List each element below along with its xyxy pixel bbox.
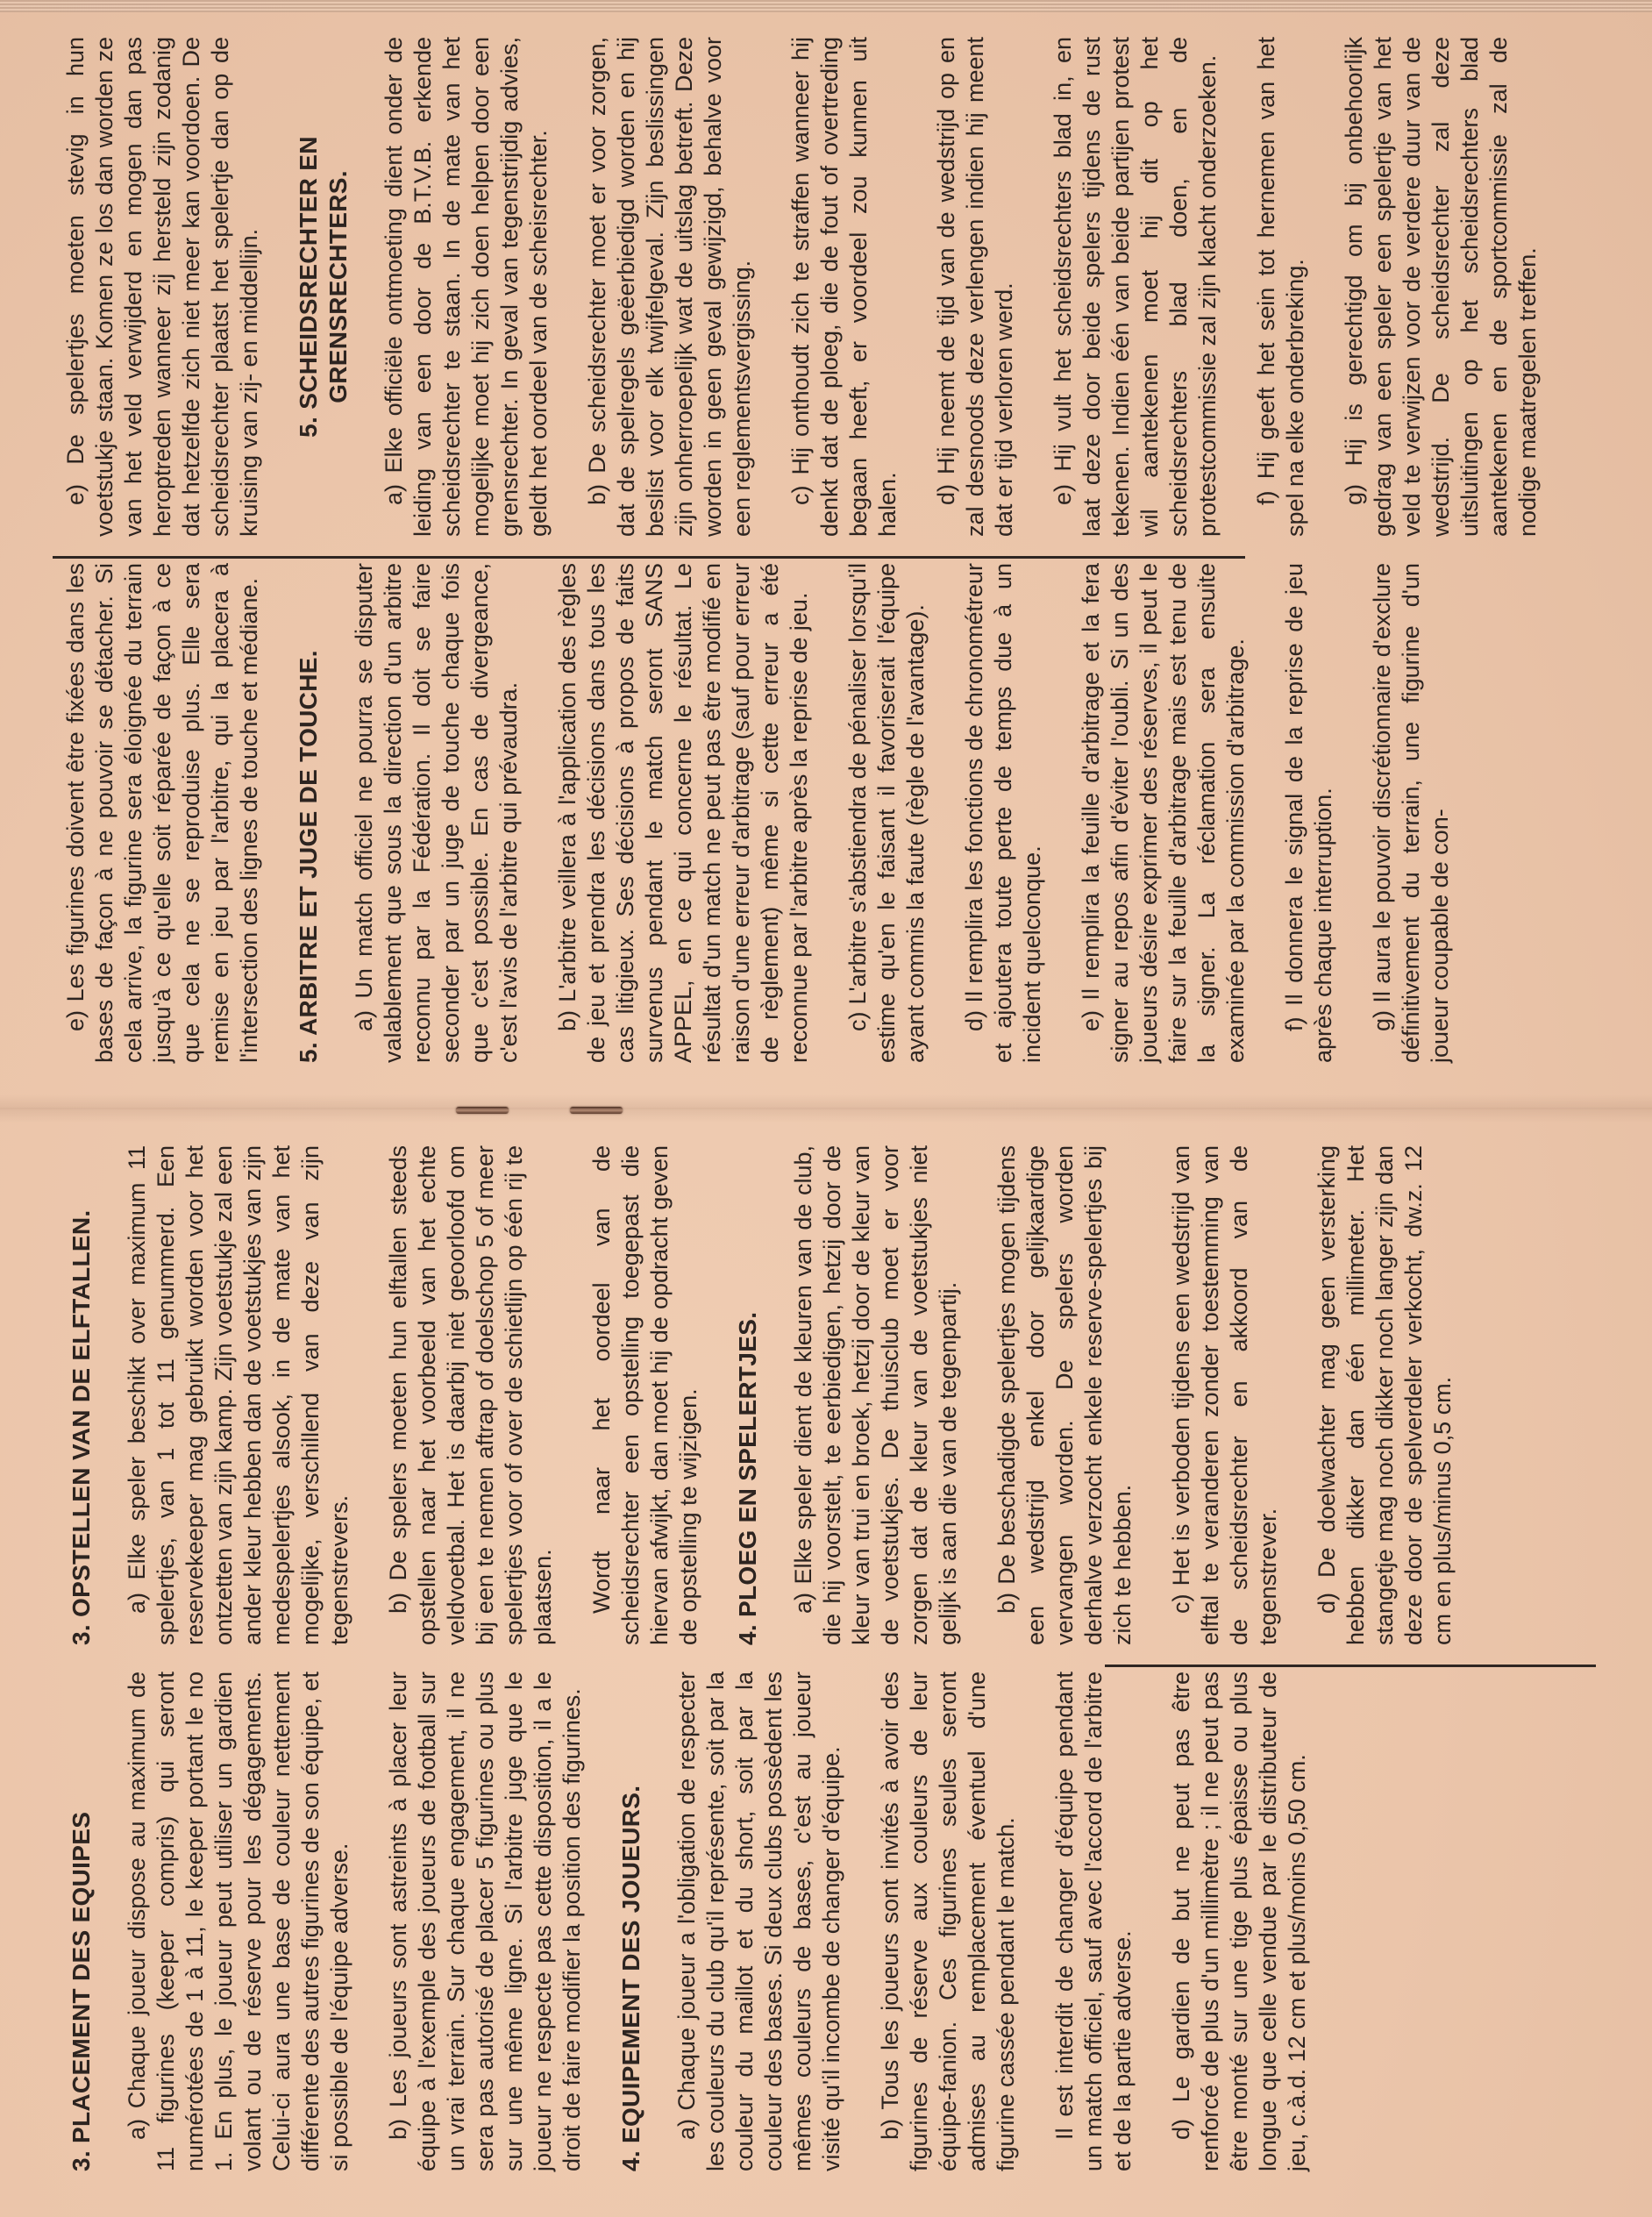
column-divider [1105, 1665, 1596, 1667]
rule-paragraph: b) L'arbitre veillera à l'application de… [553, 563, 814, 1063]
rule-paragraph: c) Hij onthoudt zich te straffen wanneer… [787, 37, 902, 537]
rule-paragraph: d) De doelwachter mag geen versterking h… [1313, 1145, 1457, 1645]
rule-paragraph: f) Hij geeft het sein tot hernemen van h… [1252, 37, 1310, 537]
rule-paragraph: e) Il remplira la feuille d'arbitrage et… [1077, 563, 1250, 1063]
rule-paragraph: e) De spelertjes moeten stevig in hun vo… [61, 37, 264, 537]
rule-paragraph: e) Hij vult het scheidsrechters blad in,… [1049, 37, 1222, 537]
page-edge [0, 0, 1652, 12]
rule-paragraph: e) Les figurines doivent être fixées dan… [61, 563, 264, 1063]
rule-paragraph: a) Un match officiel ne pourra se disput… [350, 563, 523, 1063]
section-heading: 4. EQUIPEMENT DES JOUEURS. [616, 1672, 646, 2171]
rule-paragraph: g) Il aura le pouvoir discrétionnaire d'… [1368, 563, 1455, 1063]
rule-paragraph: b) De scheidsrechter moet er voor zorgen… [583, 37, 757, 537]
rule-paragraph: Il est interdit de changer d'équipe pend… [1050, 1672, 1137, 2171]
rule-paragraph: Wordt naar het oordeel van de scheidsrec… [587, 1145, 703, 1645]
rule-paragraph: a) Elke officiële ontmoeting dient onder… [380, 37, 553, 537]
dutch-column-right-page: e) De spelertjes moeten stevig in hun vo… [61, 37, 1572, 537]
rule-paragraph: d) Il remplira les fonctions de chronomé… [960, 563, 1047, 1063]
french-column-left-page: 3. PLACEMENT DES EQUIPESa) Chaque joueur… [61, 1672, 1342, 2171]
dutch-column-left-page: 3. OPSTELLEN VAN DE ELFTALLEN.a) Elke sp… [61, 1145, 1487, 1645]
rule-paragraph: d) Hij neemt de tijd van de wedstrijd op… [932, 37, 1019, 537]
section-heading: 4. PLOEG EN SPELERTJES. [733, 1145, 763, 1645]
rule-paragraph: b) Les joueurs sont astreints à placer l… [384, 1672, 587, 2171]
left-page: 3. PLACEMENT DES EQUIPESa) Chaque joueur… [0, 1108, 1652, 2217]
section-heading: 5. SCHEIDSRECHTER EN GRENSRECHTERS. [294, 37, 353, 537]
rule-paragraph: b) Tous les joueurs sont invités à avoir… [876, 1672, 1021, 2171]
right-page: e) Les figurines doivent être fixées dan… [0, 0, 1652, 1108]
section-heading: 5. ARBITRE ET JUGE DE TOUCHE. [294, 563, 324, 1063]
rule-paragraph: c) L'arbitre s'abstiendra de pénaliser l… [844, 563, 930, 1063]
rule-paragraph: d) Le gardien de but ne peut pas être re… [1167, 1672, 1312, 2171]
rule-paragraph: f) Il donnera le signal de la reprise de… [1280, 563, 1338, 1063]
rule-paragraph: b) De spelers moeten hun elftallen steed… [384, 1145, 558, 1645]
french-column-right-page: e) Les figurines doivent être fixées dan… [61, 563, 1485, 1063]
section-heading: 3. PLACEMENT DES EQUIPES [67, 1672, 96, 2171]
rule-paragraph: b) De beschadigde spelertjes mogen tijde… [993, 1145, 1137, 1645]
rule-paragraph: a) Elke speler dient de kleuren van de c… [789, 1145, 963, 1645]
column-divider [53, 556, 1245, 559]
rule-paragraph: a) Elke speler beschikt over maximum 11 … [123, 1145, 354, 1645]
rule-paragraph: a) Chaque joueur a l'obligation de respe… [673, 1672, 846, 2171]
rule-paragraph: g) Hij is gerechtigd om bij onbehoorlijk… [1340, 37, 1542, 537]
section-heading: 3. OPSTELLEN VAN DE ELFTALLEN. [67, 1145, 96, 1645]
booklet-spread: 3. PLACEMENT DES EQUIPESa) Chaque joueur… [0, 0, 1652, 2217]
rule-paragraph: a) Chaque joueur dispose au maximum de 1… [123, 1672, 354, 2171]
rule-paragraph: c) Het is verboden tijdens een wedstrijd… [1167, 1145, 1283, 1645]
